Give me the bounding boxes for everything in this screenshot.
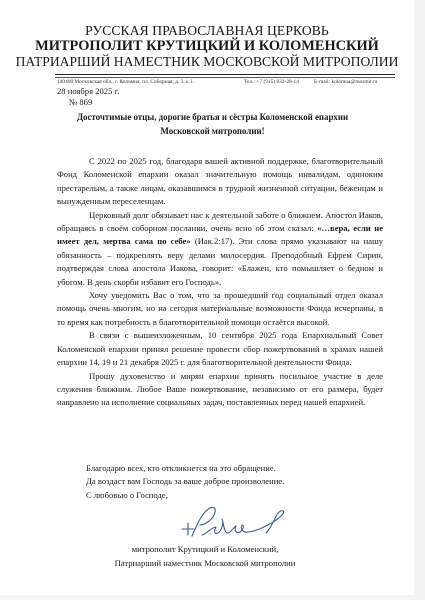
closing: Благодарю всех, кто откликнется на это о… xyxy=(86,462,284,502)
paragraph-1: С 2022 по 2025 год, благодаря вашей акти… xyxy=(57,155,383,209)
closing-line-2: Да воздаст вам Господь за ваше доброе пр… xyxy=(86,475,284,488)
letterhead-title: МИТРОПОЛИТ КРУТИЦКИЙ И КОЛОМЕНСКИЙ xyxy=(0,39,414,53)
greeting-line-2: Московской митрополии! xyxy=(40,125,385,139)
letterhead-church: РУССКАЯ ПРАВОСЛАВНАЯ ЦЕРКОВЬ xyxy=(0,24,414,38)
greeting-line-1: Досточтимые отцы, дорогие братья и сёстр… xyxy=(40,111,385,125)
paragraph-5: Прошу духовенство и мирян епархии принят… xyxy=(57,370,383,410)
closing-line-1: Благодарю всех, кто откликнется на это о… xyxy=(86,462,284,475)
greeting: Досточтимые отцы, дорогие братья и сёстр… xyxy=(40,111,385,138)
paragraph-4: В связи с вышеизложенным, 10 сентября 20… xyxy=(57,329,383,369)
letter-page: РУССКАЯ ПРАВОСЛАВНАЯ ЦЕРКОВЬ МИТРОПОЛИТ … xyxy=(0,0,414,595)
signatory-title-2: Патриарший наместник Московской митропол… xyxy=(60,557,350,571)
letter-body: С 2022 по 2025 год, благодаря вашей акти… xyxy=(57,155,383,410)
letterhead-email: E-mail: kolomna@mosmit.ru xyxy=(314,80,377,85)
letter-date: 28 ноября 2025 г. xyxy=(57,87,119,96)
signatory-title-1: митрополит Крутицкий и Коломенский, xyxy=(60,543,350,557)
letter-number: № 869 xyxy=(69,98,92,107)
letterhead-rule xyxy=(55,74,395,75)
letterhead-rule-thin xyxy=(55,77,395,78)
letterhead-subtitle: ПАТРИАРШИЙ НАМЕСТНИК МОСКОВСКОЙ МИТРОПОЛ… xyxy=(0,55,414,69)
signature-icon xyxy=(178,505,288,541)
letterhead-address: 140400 Московская обл., г. Коломна, пл. … xyxy=(57,80,194,85)
paragraph-3: Хочу уведомить Вас о том, что за прошедш… xyxy=(57,289,383,329)
closing-line-3: С любовью о Господе, xyxy=(86,489,284,502)
signatory: митрополит Крутицкий и Коломенский, Патр… xyxy=(60,543,350,570)
letterhead-phone: Тел.: +7 (915) 032-28-14 xyxy=(244,80,299,85)
paragraph-2: Церковный долг обязывает нас к деятельно… xyxy=(57,209,383,289)
